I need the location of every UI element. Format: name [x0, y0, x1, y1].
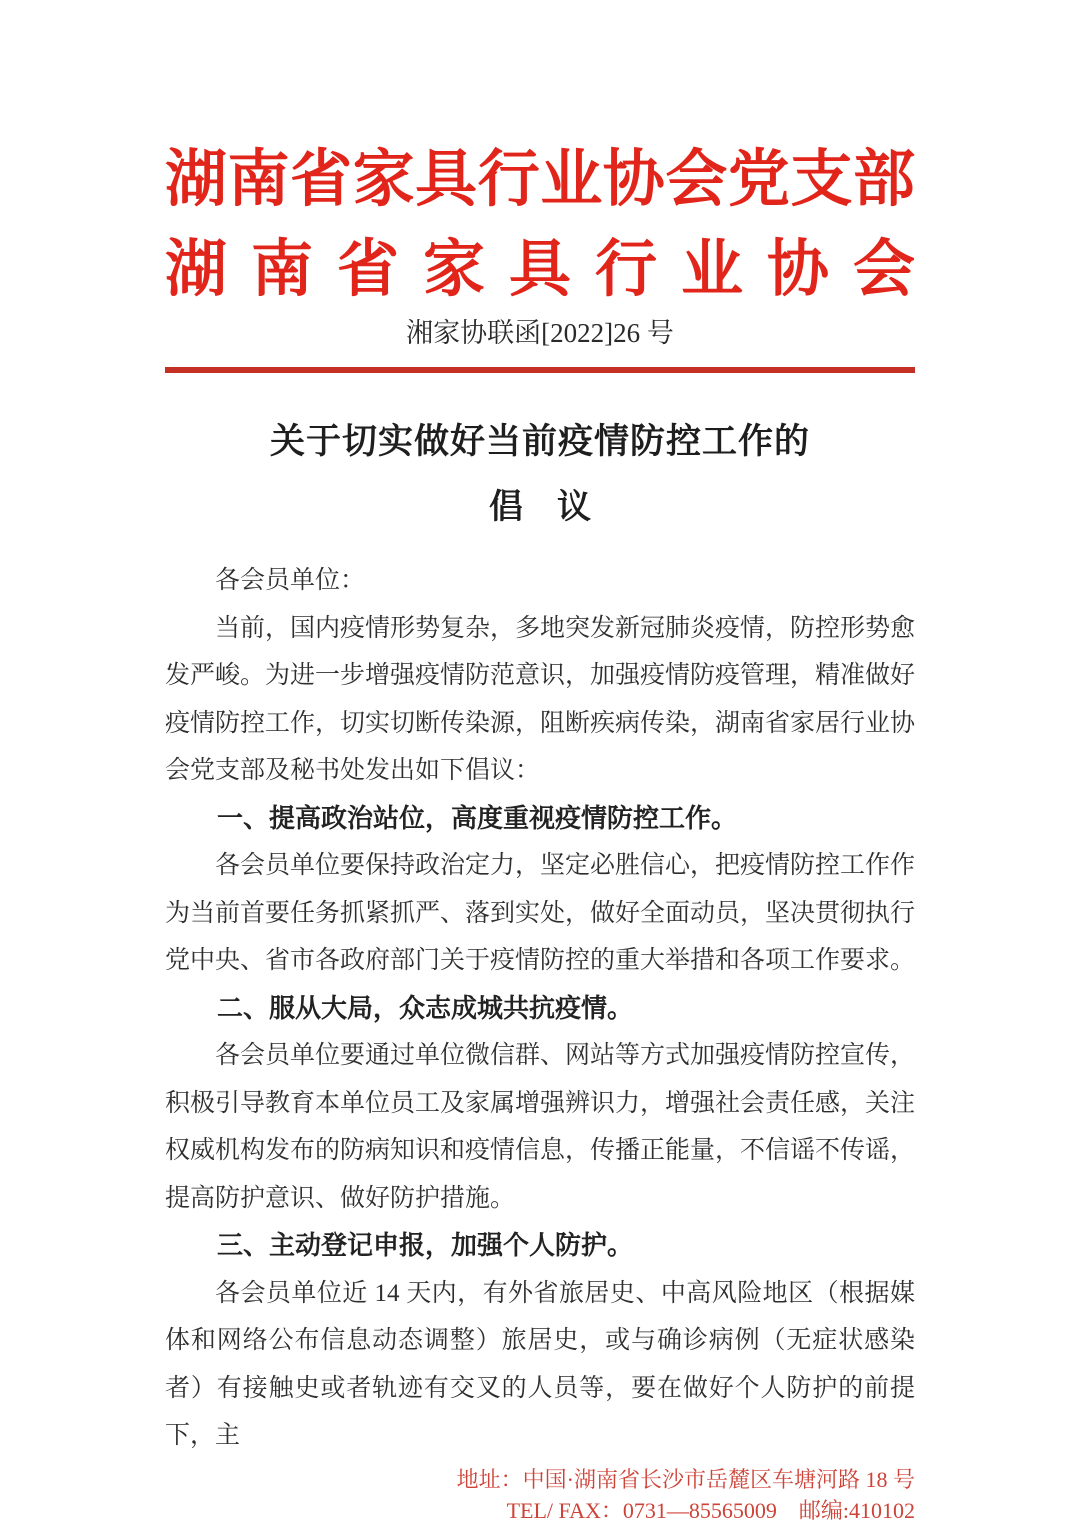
body-paragraph: 各会员单位要保持政治定力，坚定必胜信心，把疫情防控工作作为当前首要任务抓紧抓严、…: [165, 842, 915, 985]
document-title-line1: 关于切实做好当前疫情防控工作的: [165, 419, 915, 465]
document-content: 湖南省家具行业协会党支部 湖南省家具行业协会 湘家协联函[2022]26 号 关…: [165, 0, 915, 1526]
letterhead-org-line1: 湖南省家具行业协会党支部: [165, 135, 915, 225]
document-number: 湘家协联函[2022]26 号: [165, 315, 915, 351]
document-page: 湖南省家具行业协会党支部 湖南省家具行业协会 湘家协联函[2022]26 号 关…: [0, 0, 1080, 1526]
section-heading-1: 一、提高政治站位，高度重视疫情防控工作。: [165, 795, 915, 843]
section-heading-3: 三、主动登记申报，加强个人防护。: [165, 1222, 915, 1270]
document-body: 各会员单位： 当前，国内疫情形势复杂，多地突发新冠肺炎疫情，防控形势愈发严峻。为…: [165, 557, 915, 1460]
body-paragraph: 当前，国内疫情形势复杂，多地突发新冠肺炎疫情，防控形势愈发严峻。为进一步增强疫情…: [165, 605, 915, 795]
section-heading-2: 二、服从大局，众志成城共抗疫情。: [165, 985, 915, 1033]
letterhead-footer: 地址：中国·湖南省长沙市岳麓区车塘河路 18 号 TEL/ FAX：0731—8…: [165, 1464, 915, 1526]
footer-tel-line: TEL/ FAX：0731—85565009 邮编:410102: [165, 1495, 915, 1526]
footer-address-line: 地址：中国·湖南省长沙市岳麓区车塘河路 18 号: [165, 1464, 915, 1495]
salutation: 各会员单位：: [165, 557, 915, 605]
body-paragraph: 各会员单位近 14 天内，有外省旅居史、中高风险地区（根据媒体和网络公布信息动态…: [165, 1270, 915, 1460]
red-separator-line: [165, 367, 915, 373]
document-title-line2: 倡 议: [165, 487, 915, 529]
letterhead-org-line2: 湖南省家具行业协会: [165, 225, 915, 315]
body-paragraph: 各会员单位要通过单位微信群、网站等方式加强疫情防控宣传，积极引导教育本单位员工及…: [165, 1032, 915, 1222]
